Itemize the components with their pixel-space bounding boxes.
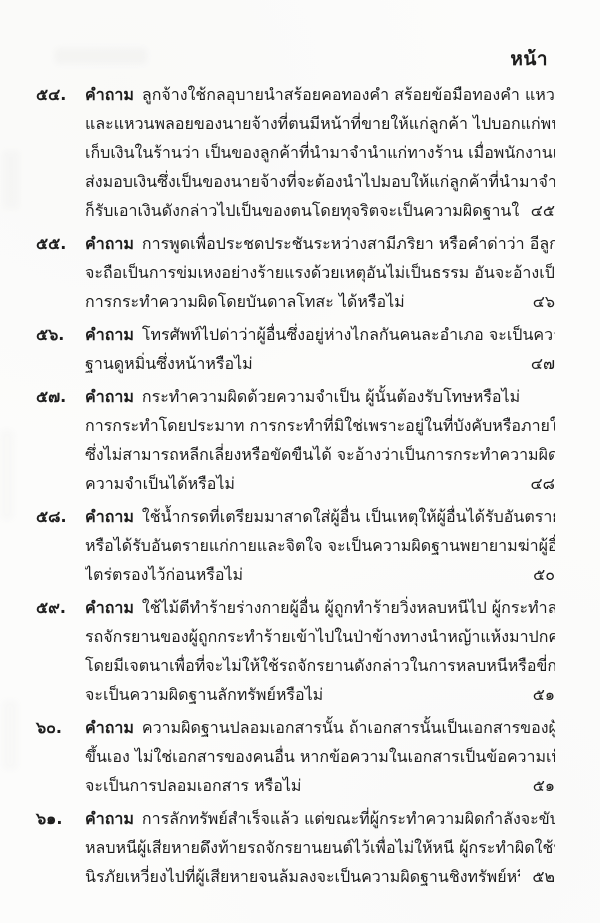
item-line: ความจำเป็นได้หรือไม่๔๘ <box>85 469 555 498</box>
item-page-number: ๔๕ <box>531 196 555 225</box>
item-number: ๕๗. <box>36 382 85 411</box>
item-page-number: ๕๒ <box>532 862 555 891</box>
toc-item: ๖๑. คำถามการลักทรัพย์สำเร็จแล้ว แต่ขณะที… <box>36 804 555 891</box>
question-label: คำถาม <box>85 718 134 737</box>
toc-item: ๖๐. คำถามความผิดฐานปลอมเอกสารนั้น ถ้าเอก… <box>36 713 555 800</box>
question-label: คำถาม <box>85 507 134 526</box>
item-line: นิรภัยเหวี่ยงไปที่ผู้เสียหายจนล้มลงจะเป็… <box>85 862 555 891</box>
item-number: ๕๔. <box>36 80 85 109</box>
item-line-text: นิรภัยเหวี่ยงไปที่ผู้เสียหายจนล้มลงจะเป็… <box>85 862 520 891</box>
item-number: ๕๖. <box>36 320 85 349</box>
item-line: จะถือเป็นการข่มเหงอย่างร้ายแรงด้วยเหตุอั… <box>85 258 555 287</box>
item-line-text: ก็รับเอาเงินดังกล่าวไปเป็นของตนโดยทุจริต… <box>85 196 519 225</box>
item-line: คำถามการลักทรัพย์สำเร็จแล้ว แต่ขณะที่ผู้… <box>85 804 555 833</box>
item-line: คำถามความผิดฐานปลอมเอกสารนั้น ถ้าเอกสารน… <box>85 713 555 742</box>
toc-item: ๕๔. คำถามลูกจ้างใช้กลอุบายนำสร้อยคอทองคำ… <box>36 80 555 225</box>
item-number: ๕๘. <box>36 502 85 531</box>
item-line: คำถามการพูดเพื่อประชดประชันระหว่างสามีภร… <box>85 229 555 258</box>
item-line-text: ไตร่ตรองไว้ก่อนหรือไม่ <box>85 560 243 589</box>
item-body: คำถามการพูดเพื่อประชดประชันระหว่างสามีภร… <box>85 229 555 316</box>
item-body: คำถามโทรศัพท์ไปด่าว่าผู้อื่นซึ่งอยู่ห่าง… <box>85 320 555 378</box>
item-line: คำถามโทรศัพท์ไปด่าว่าผู้อื่นซึ่งอยู่ห่าง… <box>85 320 555 349</box>
question-label: คำถาม <box>85 387 134 406</box>
item-body: คำถามใช้ไม้ตีทำร้ายร่างกายผู้อื่น ผู้ถูก… <box>85 593 555 709</box>
bleed-through-artifact <box>2 700 18 770</box>
item-line: ไตร่ตรองไว้ก่อนหรือไม่๕๐ <box>85 560 555 589</box>
question-label: คำถาม <box>85 234 134 253</box>
item-line-text: ใช้ไม้ตีทำร้ายร่างกายผู้อื่น ผู้ถูกทำร้า… <box>142 598 555 617</box>
item-line: คำถามใช้ไม้ตีทำร้ายร่างกายผู้อื่น ผู้ถูก… <box>85 593 555 622</box>
item-line-text: การกระทำความผิดโดยบันดาลโทสะ ได้หรือไม่ <box>85 287 405 316</box>
page-column-header: หน้า <box>510 44 548 74</box>
toc-item: ๕๘. คำถามใช้น้ำกรดที่เตรียมมาสาดใส่ผู้อื… <box>36 502 555 589</box>
item-line-text: การลักทรัพย์สำเร็จแล้ว แต่ขณะที่ผู้กระทำ… <box>142 809 555 828</box>
item-line: คำถามลูกจ้างใช้กลอุบายนำสร้อยคอทองคำ สร้… <box>85 80 555 109</box>
scanned-document-page: หน้า ๕๔. คำถามลูกจ้างใช้กลอุบายนำสร้อยคอ… <box>0 0 600 923</box>
item-line: การกระทำโดยประมาท การกระทำที่มิใช่เพราะอ… <box>85 411 555 440</box>
item-body: คำถามลูกจ้างใช้กลอุบายนำสร้อยคอทองคำ สร้… <box>85 80 555 225</box>
bleed-through-artifact <box>55 48 147 64</box>
item-line-text: ความผิดฐานปลอมเอกสารนั้น ถ้าเอกสารนั้นเป… <box>142 718 555 737</box>
toc-item: ๕๖. คำถามโทรศัพท์ไปด่าว่าผู้อื่นซึ่งอยู่… <box>36 320 555 378</box>
item-line: ฐานดูหมิ่นซึ่งหน้าหรือไม่๔๗ <box>85 349 555 378</box>
question-label: คำถาม <box>85 598 134 617</box>
item-line-text: การพูดเพื่อประชดประชันระหว่างสามีภริยา ห… <box>142 234 555 253</box>
item-number: ๖๑. <box>36 804 85 833</box>
bleed-through-artifact <box>2 150 20 210</box>
item-line-text: ลูกจ้างใช้กลอุบายนำสร้อยคอทองคำ สร้อยข้อ… <box>142 85 555 104</box>
item-line: หรือได้รับอันตรายแก่กายและจิตใจ จะเป็นคว… <box>85 531 555 560</box>
question-label: คำถาม <box>85 85 134 104</box>
item-page-number: ๕๑ <box>533 680 555 709</box>
item-line: จะเป็นความผิดฐานลักทรัพย์หรือไม่๕๑ <box>85 680 555 709</box>
question-contents-list: ๕๔. คำถามลูกจ้างใช้กลอุบายนำสร้อยคอทองคำ… <box>36 80 555 895</box>
item-page-number: ๕๑ <box>533 771 555 800</box>
item-body: คำถามใช้น้ำกรดที่เตรียมมาสาดใส่ผู้อื่น เ… <box>85 502 555 589</box>
item-body: คำถามการลักทรัพย์สำเร็จแล้ว แต่ขณะที่ผู้… <box>85 804 555 891</box>
item-body: คำถามกระทำความผิดด้วยความจำเป็น ผู้นั้นต… <box>85 382 555 498</box>
item-body: คำถามความผิดฐานปลอมเอกสารนั้น ถ้าเอกสารน… <box>85 713 555 800</box>
item-line: การกระทำความผิดโดยบันดาลโทสะ ได้หรือไม่๔… <box>85 287 555 316</box>
item-line-text: ฐานดูหมิ่นซึ่งหน้าหรือไม่ <box>85 349 253 378</box>
item-line-text: กระทำความผิดด้วยความจำเป็น ผู้นั้นต้องรั… <box>142 387 520 406</box>
item-line-text: จะเป็นการปลอมเอกสาร หรือไม่ <box>85 771 301 800</box>
item-line-text: โทรศัพท์ไปด่าว่าผู้อื่นซึ่งอยู่ห่างไกลกั… <box>142 325 555 344</box>
item-line-text: ความจำเป็นได้หรือไม่ <box>85 469 235 498</box>
item-line: คำถามกระทำความผิดด้วยความจำเป็น ผู้นั้นต… <box>85 382 555 411</box>
item-line: และแหวนพลอยของนายจ้างที่ตนมีหน้าที่ขายให… <box>85 109 555 138</box>
item-line: ก็รับเอาเงินดังกล่าวไปเป็นของตนโดยทุจริต… <box>85 196 555 225</box>
item-line: ขึ้นเอง ไม่ใช่เอกสารของคนอื่น หากข้อความ… <box>85 742 555 771</box>
toc-item: ๕๗. คำถามกระทำความผิดด้วยความจำเป็น ผู้น… <box>36 382 555 498</box>
item-page-number: ๔๗ <box>531 349 555 378</box>
item-line: รถจักรยานของผู้ถูกกระทำร้ายเข้าไปในป่าข้… <box>85 622 555 651</box>
item-line-text: จะเป็นความผิดฐานลักทรัพย์หรือไม่ <box>85 680 323 709</box>
item-number: ๖๐. <box>36 713 85 742</box>
item-line: เก็บเงินในร้านว่า เป็นของลูกค้าที่นำมาจำ… <box>85 138 555 167</box>
toc-item: ๕๙. คำถามใช้ไม้ตีทำร้ายร่างกายผู้อื่น ผู… <box>36 593 555 709</box>
item-line: โดยมีเจตนาเพื่อที่จะไม่ให้ใช้รถจักรยานดั… <box>85 651 555 680</box>
toc-item: ๕๕. คำถามการพูดเพื่อประชดประชันระหว่างสา… <box>36 229 555 316</box>
item-line: หลบหนีผู้เสียหายดึงท้ายรถจักรยานยนต์ไว้เ… <box>85 833 555 862</box>
item-line: จะเป็นการปลอมเอกสาร หรือไม่๕๑ <box>85 771 555 800</box>
question-label: คำถาม <box>85 809 134 828</box>
bleed-through-artifact <box>0 430 14 520</box>
question-label: คำถาม <box>85 325 134 344</box>
item-line: ซึ่งไม่สามารถหลีกเลี่ยงหรือขัดขืนได้ จะอ… <box>85 440 555 469</box>
item-page-number: ๕๐ <box>533 560 555 589</box>
item-line-text: ใช้น้ำกรดที่เตรียมมาสาดใส่ผู้อื่น เป็นเห… <box>142 507 555 526</box>
item-page-number: ๔๘ <box>531 469 555 498</box>
item-page-number: ๔๖ <box>533 287 555 316</box>
item-line: ส่งมอบเงินซึ่งเป็นของนายจ้างที่จะต้องนำไ… <box>85 167 555 196</box>
item-number: ๕๙. <box>36 593 85 622</box>
item-number: ๕๕. <box>36 229 85 258</box>
item-line: คำถามใช้น้ำกรดที่เตรียมมาสาดใส่ผู้อื่น เ… <box>85 502 555 531</box>
